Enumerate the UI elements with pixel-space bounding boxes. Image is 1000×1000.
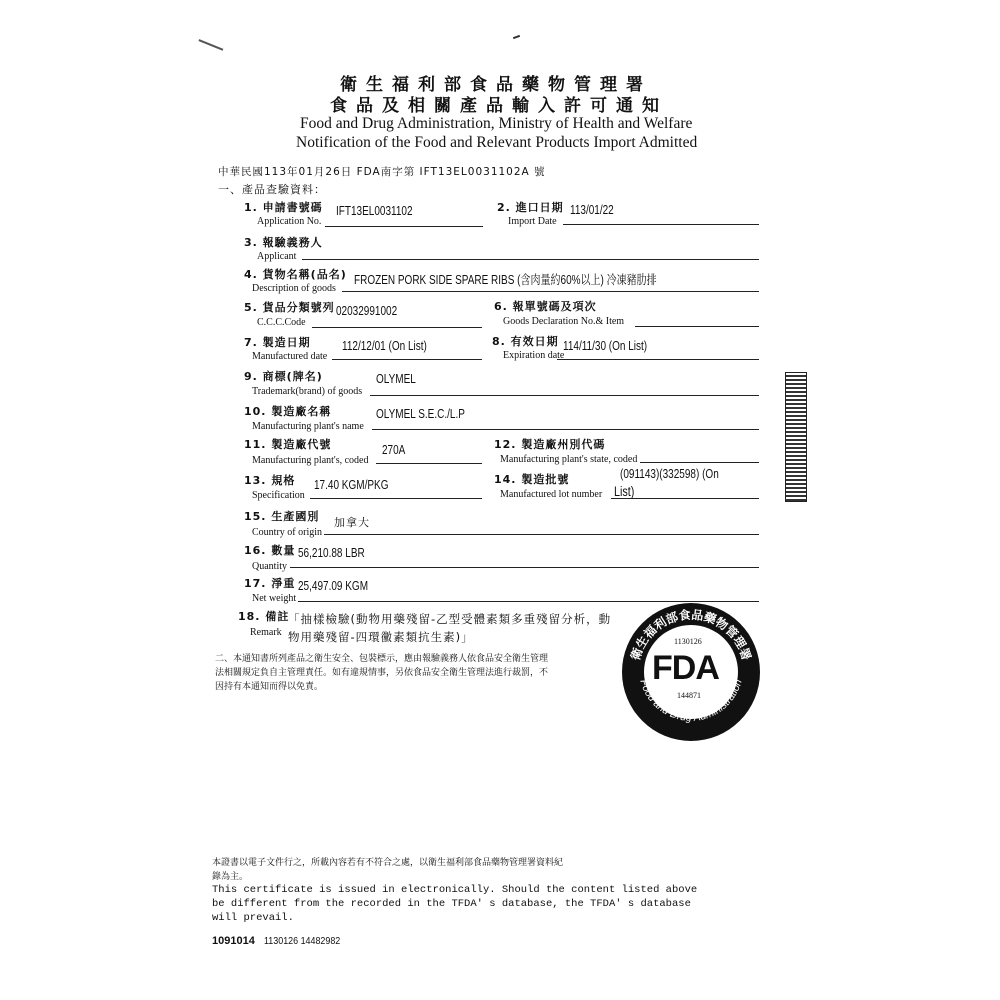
- lot-number-value-line1: (091143)(332598) (On: [620, 467, 719, 481]
- specification-label-cn: 13. 規格: [244, 472, 295, 488]
- underline: [640, 462, 759, 463]
- remark-label-cn: 18. 備註: [238, 608, 289, 624]
- quantity-value: 56,210.88 LBR: [298, 546, 365, 560]
- underline: [310, 498, 482, 499]
- svg-text:衛生福利部食品藥物管理署: 衛生福利部食品藥物管理署: [627, 607, 754, 662]
- underline: [557, 359, 759, 360]
- remark-label-en: Remark: [250, 627, 282, 638]
- lot-number-label-en: Manufactured lot number: [500, 489, 602, 500]
- underline: [372, 429, 759, 430]
- import-date-label-cn: 2. 進口日期: [497, 199, 564, 215]
- specification-label-en: Specification: [252, 490, 305, 501]
- import-date-label-en: Import Date: [508, 216, 557, 227]
- ccc-code-label-cn: 5. 貨品分類號列: [244, 299, 335, 315]
- footer-code-a: 1091014: [212, 935, 255, 947]
- underline: [290, 567, 759, 568]
- description-value: FROZEN PORK SIDE SPARE RIBS (含肉量約60%以上) …: [354, 270, 657, 288]
- section-2-line2: 法相關規定負自主管理責任。如有違規情事，另依食品安全衛生管理法進行裁罰，不: [215, 665, 548, 678]
- underline: [312, 327, 482, 328]
- underline: [611, 498, 759, 499]
- quantity-label-cn: 16. 數量: [244, 542, 295, 558]
- underline: [376, 463, 482, 464]
- description-label-en: Description of goods: [252, 283, 336, 294]
- footer-en-line3: will prevail.: [212, 911, 294, 925]
- application-no-label-cn: 1. 申請書號碼: [244, 199, 323, 215]
- trademark-value: OLYMEL: [376, 372, 416, 386]
- notice-title-cn: 食品及相關產品輸入許可通知: [330, 91, 668, 116]
- plant-name-label-cn: 10. 製造廠名稱: [244, 403, 331, 419]
- footer-cn-line1: 本證書以電子文件行之，所載內容若有不符合之處，以衛生福利部食品藥物管理署資料紀: [212, 855, 563, 868]
- underline: [302, 259, 759, 260]
- agency-title-en: Food and Drug Administration, Ministry o…: [300, 115, 692, 133]
- plant-code-value: 270A: [382, 443, 405, 457]
- expiration-date-label-en: Expiration date: [503, 350, 564, 361]
- manufactured-date-label-en: Manufactured date: [252, 351, 327, 362]
- expiration-date-value: 114/11/30 (On List): [563, 339, 647, 353]
- underline: [342, 291, 759, 292]
- net-weight-label-cn: 17. 淨重: [244, 575, 295, 591]
- goods-declaration-label-cn: 6. 報單號碼及項次: [494, 298, 597, 314]
- plant-name-label-en: Manufacturing plant's name: [252, 421, 364, 432]
- section-2-line1: 二、本通知書所列產品之衛生安全、包裝標示，應由報驗義務人依食品安全衛生管理: [215, 651, 548, 664]
- underline: [563, 224, 759, 225]
- applicant-label-en: Applicant: [257, 251, 296, 262]
- remark-line1: 「抽樣檢驗(動物用藥殘留-乙型受體素類多重殘留分析，動: [288, 611, 611, 627]
- net-weight-value: 25,497.09 KGM: [298, 579, 368, 593]
- footer-cn-line2: 錄為主。: [212, 869, 248, 882]
- ccc-code-label-en: C.C.C.Code: [257, 317, 306, 328]
- notice-title-en: Notification of the Food and Relevant Pr…: [296, 134, 697, 152]
- plant-code-label-cn: 11. 製造廠代號: [244, 436, 331, 452]
- trademark-label-cn: 9. 商標(牌名): [244, 368, 323, 384]
- goods-declaration-label-en: Goods Declaration No.& Item: [503, 316, 624, 327]
- specification-value: 17.40 KGM/PKG: [314, 478, 388, 492]
- application-no-label-en: Application No.: [257, 216, 321, 227]
- country-label-en: Country of origin: [252, 527, 322, 538]
- application-no-value: IFT13EL0031102: [336, 204, 413, 218]
- underline: [324, 534, 759, 535]
- footer-en-line1: This certificate is issued in electronic…: [212, 883, 697, 897]
- plant-state-code-label-cn: 12. 製造廠州別代碼: [494, 436, 605, 452]
- reference-line: 中華民國113年01月26日 FDA南字第 IFT13EL0031102A 號: [218, 164, 546, 179]
- applicant-label-cn: 3. 報驗義務人: [244, 234, 323, 250]
- description-label-cn: 4. 貨物名稱(品名): [244, 266, 347, 282]
- country-label-cn: 15. 生產國別: [244, 508, 319, 524]
- section-2-line3: 因持有本通知而得以免責。: [215, 679, 323, 692]
- underline: [370, 395, 759, 396]
- plant-name-value: OLYMEL S.E.C./L.P: [376, 407, 465, 421]
- plant-code-label-en: Manufacturing plant's, coded: [252, 455, 369, 466]
- svg-text:Food and Drug Administration: Food and Drug Administration: [637, 678, 744, 724]
- net-weight-label-en: Net weight: [252, 593, 296, 604]
- expiration-date-label-cn: 8. 有效日期: [492, 333, 559, 349]
- section-1-title: 一、產品查驗資料：: [218, 181, 326, 197]
- scan-mark: [513, 35, 520, 39]
- ccc-code-value: 02032991002: [336, 304, 397, 318]
- scan-mark: [199, 39, 224, 50]
- footer-code-b: 1130126 14482982: [264, 935, 340, 947]
- lot-number-label-cn: 14. 製造批號: [494, 471, 569, 487]
- lot-number-value-line2: List): [614, 484, 634, 499]
- import-date-value: 113/01/22: [570, 203, 614, 217]
- footer-en-line2: be different from the recorded in the TF…: [212, 897, 691, 911]
- remark-line2: 物用藥殘留-四環黴素類抗生素)」: [288, 629, 474, 645]
- trademark-label-en: Trademark(brand) of goods: [252, 386, 362, 397]
- manufactured-date-value: 112/12/01 (On List): [342, 339, 427, 353]
- underline: [332, 359, 482, 360]
- quantity-label-en: Quantity: [252, 561, 287, 572]
- manufactured-date-label-cn: 7. 製造日期: [244, 334, 311, 350]
- fda-seal: 1130126 FDA 144871 衛生福利部食品藥物管理署 Food and…: [622, 603, 760, 741]
- country-value: 加拿大: [334, 514, 370, 530]
- plant-state-code-label-en: Manufacturing plant's state, coded: [500, 454, 637, 465]
- underline: [635, 326, 759, 327]
- side-perforation-strip: [785, 372, 807, 502]
- underline: [325, 226, 483, 227]
- seal-ring-text: 衛生福利部食品藥物管理署 Food and Drug Administratio…: [622, 603, 760, 741]
